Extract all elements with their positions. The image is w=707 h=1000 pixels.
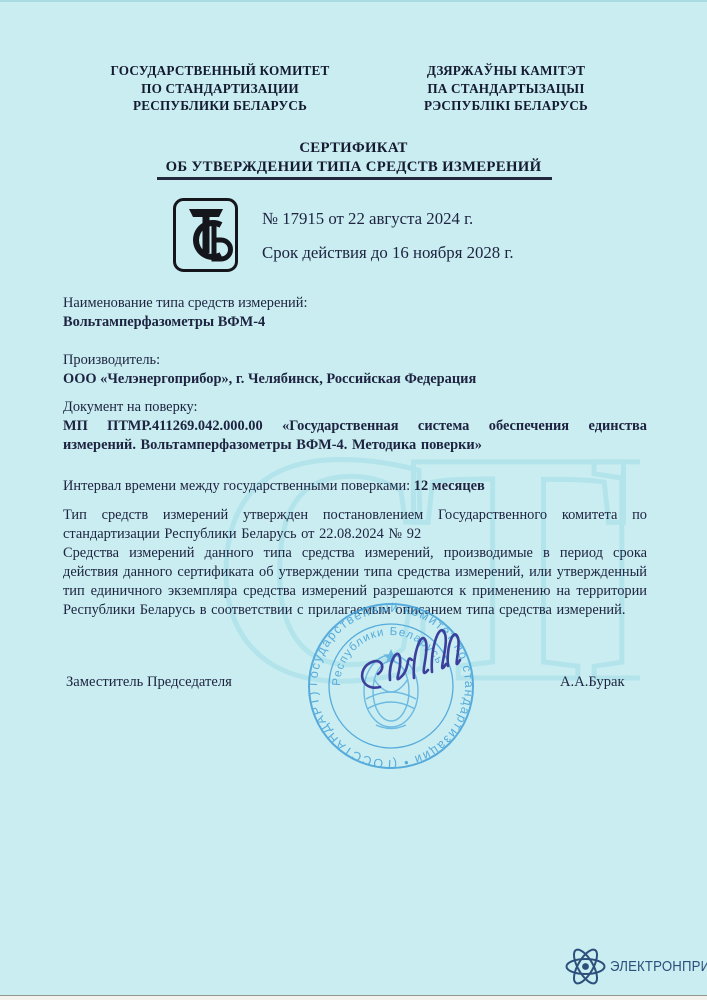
certificate-number: № 17915 от 22 августа 2024 г. bbox=[262, 209, 473, 229]
signer-position: Заместитель Председателя bbox=[66, 674, 232, 691]
document-title-line2: ОБ УТВЕРЖДЕНИИ ТИПА СРЕДСТВ ИЗМЕРЕНИЙ bbox=[0, 158, 707, 177]
signer-name: А.А.Бурак bbox=[560, 674, 625, 691]
type-name-value: Вольтамперфазометры ВФМ-4 bbox=[63, 313, 647, 332]
document-title-line1: СЕРТИФИКАТ bbox=[0, 139, 707, 158]
verification-interval-value: 12 месяцев bbox=[414, 478, 485, 494]
scan-edge-top bbox=[0, 0, 707, 2]
signature-ink bbox=[352, 610, 470, 714]
issuer-by-line1: ДЗЯРЖАЎНЫ КАМІТЭТ bbox=[400, 62, 612, 80]
issuer-ru: ГОСУДАРСТВЕННЫЙ КОМИТЕТ ПО СТАНДАРТИЗАЦИ… bbox=[88, 62, 352, 115]
issuer-ru-line1: ГОСУДАРСТВЕННЫЙ КОМИТЕТ bbox=[88, 62, 352, 80]
title-underline bbox=[157, 177, 552, 180]
verification-interval: Интервал времени между государственными … bbox=[63, 477, 647, 496]
issuer-ru-line3: РЕСПУБЛИКИ БЕЛАРУСЬ bbox=[88, 97, 352, 115]
certificate-validity: Срок действия до 16 ноября 2028 г. bbox=[262, 243, 514, 263]
manufacturer-label: Производитель: bbox=[63, 351, 647, 370]
type-name-label: Наименование типа средств измерений: bbox=[63, 294, 647, 313]
issuer-ru-line2: ПО СТАНДАРТИЗАЦИИ bbox=[88, 80, 352, 98]
brand-name: ЭЛЕКТРОНПРИБОР bbox=[610, 958, 707, 975]
verification-doc-label: Документ на поверку: bbox=[63, 398, 647, 417]
scan-edge-bottom bbox=[0, 996, 707, 1000]
approval-paragraph: Тип средств измерений утвержден постанов… bbox=[63, 506, 647, 544]
stb-mark-icon bbox=[172, 197, 239, 273]
issuer-by-line2: ПА СТАНДАРТЫЗАЦЫІ bbox=[400, 80, 612, 98]
manufacturer-value: ООО «Челэнергоприбор», г. Челябинск, Рос… bbox=[63, 370, 647, 389]
issuer-by-line3: РЭСПУБЛІКІ БЕЛАРУСЬ bbox=[400, 97, 612, 115]
verification-interval-label: Интервал времени между государственными … bbox=[63, 478, 410, 494]
issuer-by: ДЗЯРЖАЎНЫ КАМІТЭТ ПА СТАНДАРТЫЗАЦЫІ РЭСП… bbox=[400, 62, 612, 115]
verification-doc-value: МП ПТМР.411269.042.000.00 «Государственн… bbox=[63, 417, 647, 455]
document-title: СЕРТИФИКАТ ОБ УТВЕРЖДЕНИИ ТИПА СРЕДСТВ И… bbox=[0, 139, 707, 176]
footer-brand: ЭЛЕКТРОНПРИБОР bbox=[563, 944, 707, 989]
certificate-page: СТБ ГОСУДАРСТВЕННЫЙ КОМИТЕТ ПО СТАНДАРТИ… bbox=[0, 0, 707, 1000]
atom-icon bbox=[563, 944, 608, 989]
